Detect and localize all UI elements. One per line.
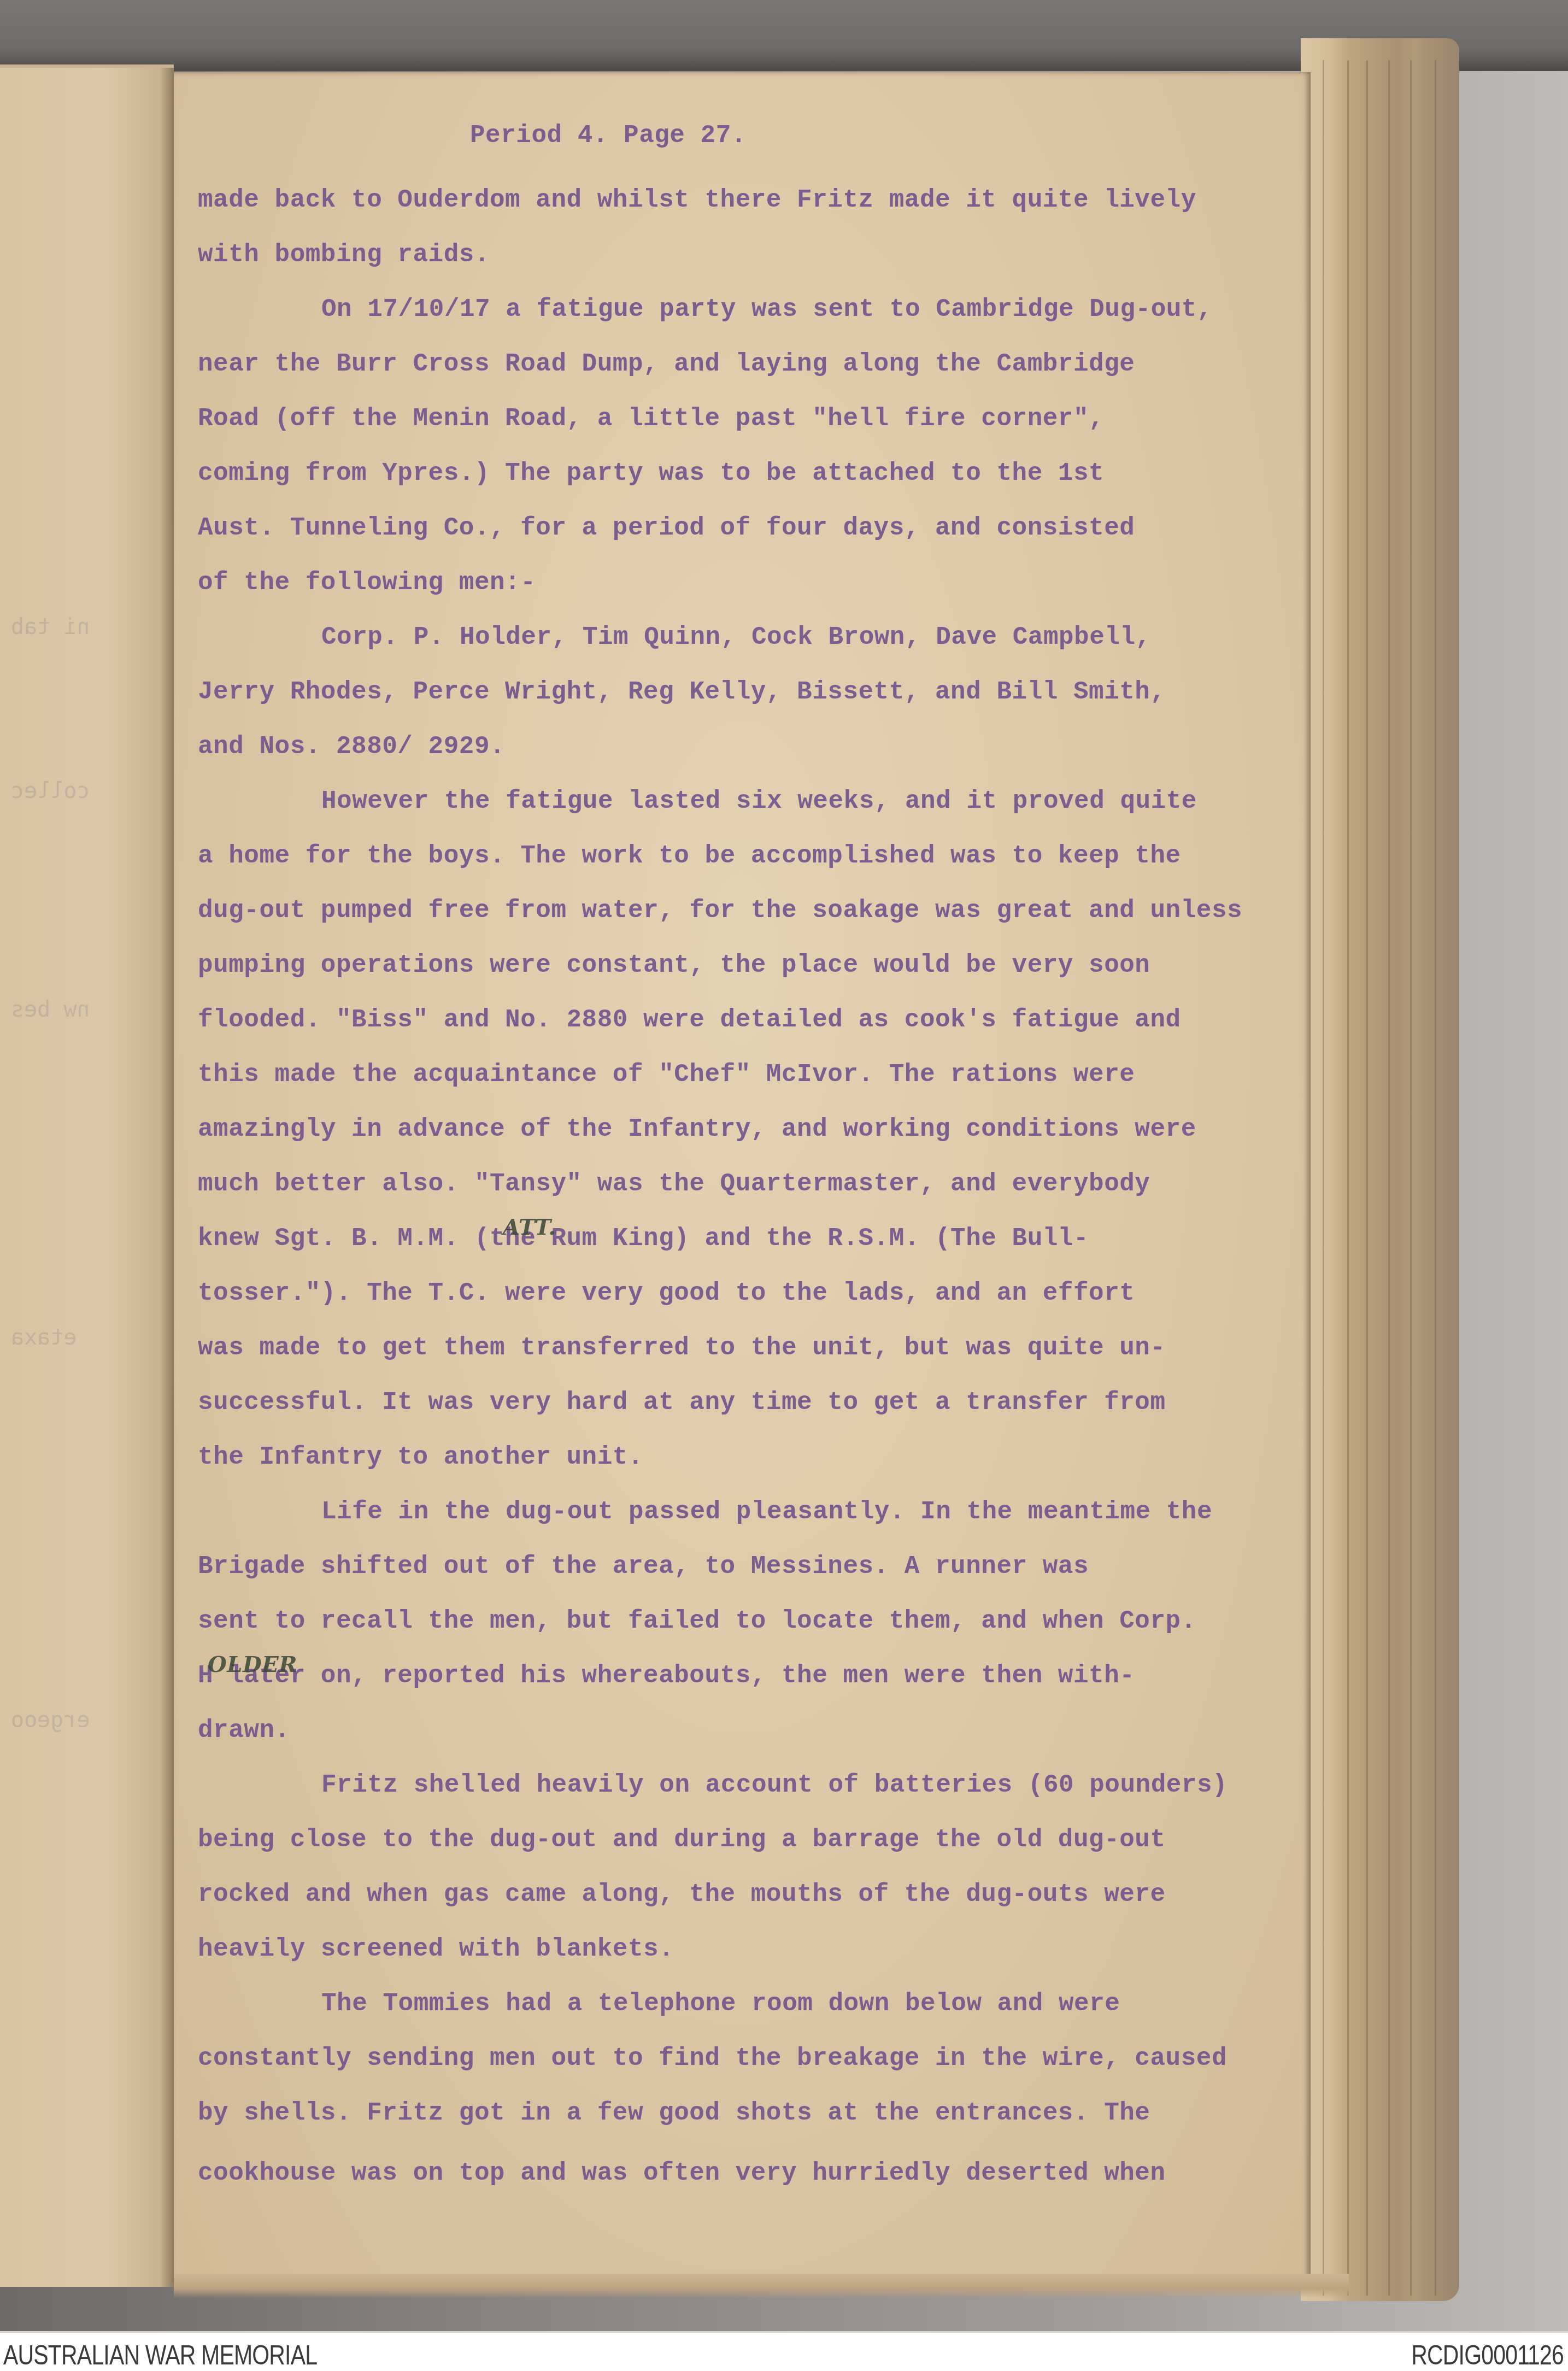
- page-edge-line: [1410, 60, 1412, 2296]
- page-header: Period 4. Page 27.: [470, 121, 747, 150]
- typed-line: this made the acquaintance of "Chef" McI…: [198, 1060, 1135, 1089]
- typed-line: However the fatigue lasted six weeks, an…: [321, 787, 1197, 815]
- typed-line: pumping operations were constant, the pl…: [198, 951, 1150, 979]
- bleed-through-text: nw bes: [11, 997, 90, 1022]
- archive-footer: AUSTRALIAN WAR MEMORIAL RCDIG0001126: [0, 2331, 1568, 2371]
- typed-line: the Infantry to another unit.: [198, 1443, 643, 1471]
- typed-line: coming from Ypres.) The party was to be …: [198, 459, 1104, 488]
- page-edge-line: [1347, 60, 1349, 2296]
- typed-line: H later on, reported his whereabouts, th…: [198, 1662, 1135, 1690]
- typed-line: Brigade shifted out of the area, to Mess…: [198, 1552, 1089, 1581]
- bleed-through-text: etaxa: [11, 1325, 77, 1350]
- typed-line: constantly sending men out to find the b…: [198, 2044, 1227, 2073]
- page-bottom-edge: [174, 2274, 1349, 2298]
- page-edge-line: [1435, 60, 1436, 2296]
- institution-label: AUSTRALIAN WAR MEMORIAL: [3, 2339, 317, 2371]
- typed-line: drawn.: [198, 1716, 290, 1745]
- typed-line: was made to get them transferred to the …: [198, 1334, 1166, 1362]
- left-facing-page: ni tab collec nw bes etaxa ergeoo: [0, 64, 174, 2287]
- typed-line: Fritz shelled heavily on account of batt…: [321, 1771, 1228, 1799]
- typed-line: Road (off the Menin Road, a little past …: [198, 404, 1104, 433]
- typed-line: Jerry Rhodes, Perce Wright, Reg Kelly, B…: [198, 678, 1166, 706]
- typed-line: near the Burr Cross Road Dump, and layin…: [198, 350, 1135, 378]
- bleed-through-text: ni tab: [11, 614, 90, 639]
- typed-line: dug-out pumped free from water, for the …: [198, 896, 1242, 925]
- typed-line: amazingly in advance of the Infantry, an…: [198, 1115, 1196, 1143]
- bleed-through-text: collec: [11, 778, 90, 803]
- typed-line: On 17/10/17 a fatigue party was sent to …: [321, 295, 1212, 324]
- typed-line: flooded. "Biss" and No. 2880 were detail…: [198, 1006, 1181, 1034]
- page-edge-line: [1323, 60, 1324, 2296]
- page-edge-line: [1388, 60, 1390, 2296]
- typed-line: of the following men:-: [198, 568, 536, 597]
- typed-line: sent to recall the men, but failed to lo…: [198, 1607, 1196, 1635]
- typed-line: being close to the dug-out and during a …: [198, 1826, 1166, 1854]
- typed-line: a home for the boys. The work to be acco…: [198, 842, 1181, 870]
- record-identifier: RCDIG0001126: [1411, 2339, 1564, 2371]
- typed-line: and Nos. 2880/ 2929.: [198, 732, 505, 761]
- typed-line: with bombing raids.: [198, 240, 490, 269]
- typed-line: much better also. "Tansy" was the Quarte…: [198, 1170, 1150, 1198]
- typed-line: Corp. P. Holder, Tim Quinn, Cock Brown, …: [321, 623, 1151, 652]
- handwritten-annotation: OLDER: [208, 1652, 297, 1677]
- typed-line: knew Sgt. B. M.M. (the Rum King) and the…: [198, 1224, 1089, 1253]
- typed-line: tosser."). The T.C. were very good to th…: [198, 1279, 1135, 1307]
- typed-line: by shells. Fritz got in a few good shots…: [198, 2099, 1150, 2127]
- typed-line: The Tommies had a telephone room down be…: [321, 1989, 1120, 2018]
- page-edge-stack: [1301, 38, 1459, 2301]
- typed-line: cookhouse was on top and was often very …: [198, 2159, 1166, 2187]
- typed-line: Aust. Tunneling Co., for a period of fou…: [198, 514, 1135, 542]
- typed-line: successful. It was very hard at any time…: [198, 1388, 1166, 1417]
- bleed-through-text: ergeoo: [11, 1707, 90, 1733]
- typed-line: heavily screened with blankets.: [198, 1935, 674, 1963]
- typed-line: Life in the dug-out passed pleasantly. I…: [321, 1498, 1212, 1526]
- handwritten-annotation: ATT.: [503, 1214, 556, 1240]
- typed-line: made back to Ouderdom and whilst there F…: [198, 186, 1196, 214]
- typed-line: rocked and when gas came along, the mout…: [198, 1880, 1166, 1909]
- page-edge-line: [1366, 60, 1368, 2296]
